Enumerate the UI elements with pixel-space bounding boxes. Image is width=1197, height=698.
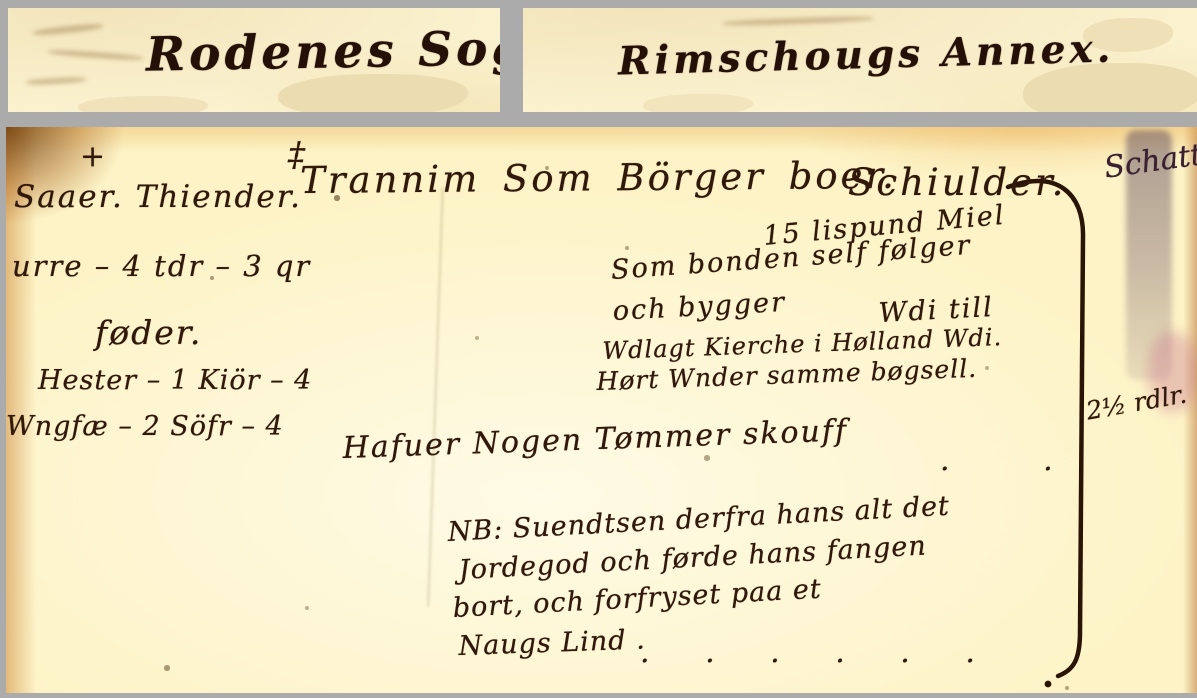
scanned-manuscript: Rodenes Sogn Rimschougs Annex. + Saaer. … (0, 0, 1197, 698)
nb-line-4: Naugs Lind . (458, 624, 646, 662)
paper-blotch (643, 94, 753, 112)
ink-bleedthrough (33, 22, 103, 36)
debt-heading: Schiulder. (848, 161, 1066, 204)
farm-name-line: Trannim Som Börger boer. (300, 154, 897, 202)
fodder-heading: føder. (95, 313, 202, 352)
forest-line-dots: . . (940, 443, 1055, 478)
fodder-entry-horses-cows: Hester – 1 Kiör – 4 (38, 365, 312, 396)
tithe-heading: Saaer. Thiender. (14, 179, 302, 215)
ink-bleedthrough (26, 76, 86, 85)
ink-bleedthrough (48, 49, 143, 62)
cross-mark: + (80, 139, 105, 174)
parish-title: Rodenes Sogn (146, 20, 500, 82)
nb-dots: . . . . . . (640, 635, 977, 670)
manuscript-page: + Saaer. Thiender. urre – 4 tdr – 3 qr f… (6, 127, 1197, 693)
ink-bleedthrough (723, 15, 873, 26)
seed-entry: urre – 4 tdr – 3 qr (12, 249, 311, 283)
paper-blotch (78, 96, 208, 112)
fodder-entry-young-cattle-sheep: Wngfæ – 2 Söfr – 4 (6, 411, 284, 442)
header-strip-left: Rodenes Sogn (8, 8, 500, 112)
header-strip-right: Rimschougs Annex. (523, 8, 1197, 112)
